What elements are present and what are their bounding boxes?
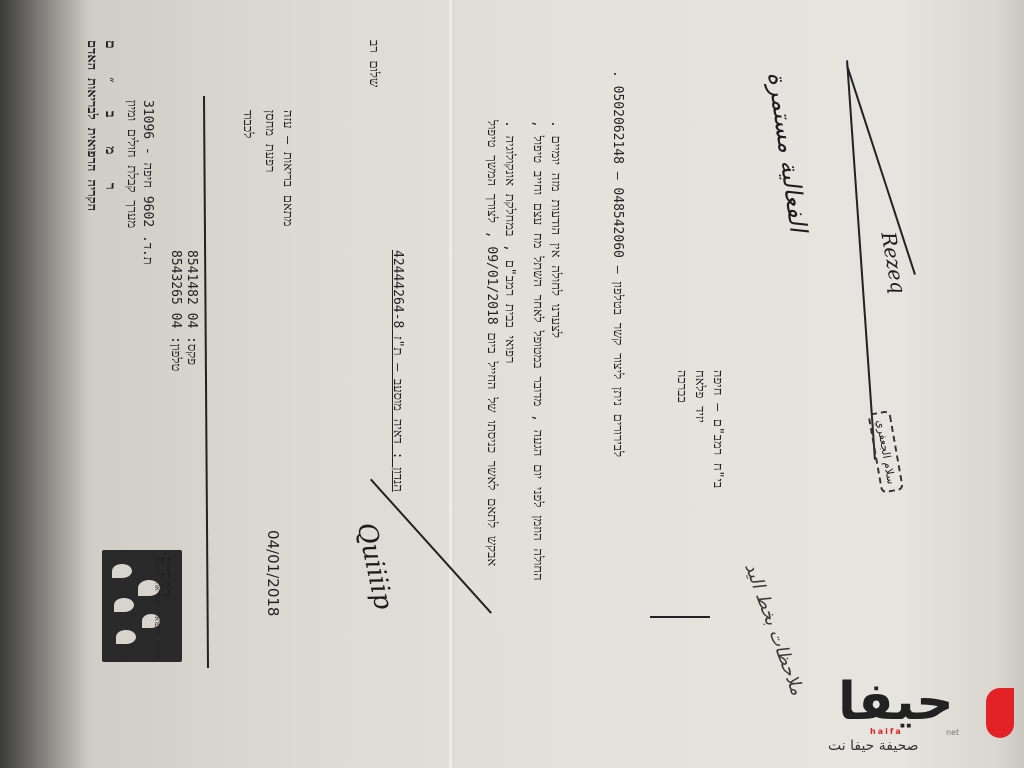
closing-blessing: בברכה: [674, 370, 690, 403]
watermark-logo: حيفا: [838, 672, 954, 732]
body-paragraph2-line2: לצערנו לחולה אין הודעות מזה יומיים .: [548, 120, 564, 338]
handwritten-initials: Rezeq: [876, 230, 910, 295]
handwritten-note-bottom: ملاحظات بخط اليد: [740, 560, 807, 698]
phone-label: טלפון:: [168, 336, 183, 371]
header-divider: [203, 96, 209, 668]
body-paragraph1-line1: אבקש לתאם לאשר כניסתו של החייל ביום 09/0…: [484, 120, 500, 566]
closing-signer: יזיד פלאח: [692, 370, 708, 423]
org-name: הקריה הרפואית לבריאות האדם: [84, 40, 100, 211]
watermark-domain: net: [946, 728, 959, 737]
watermark-tagline: صحيفة حيفا نت: [828, 738, 919, 754]
letter-date: 04/01/2018: [264, 530, 282, 616]
phone-row: טלפון: 04 8543265: [168, 250, 184, 371]
watermark-accent: [986, 688, 1014, 738]
department: מערך קבלת חולים ומיון: [124, 100, 140, 228]
publisher-watermark: حيفا haifa net صحيفة حيفا نت: [818, 660, 1018, 764]
recipient-line2: מתאם בריאות – עזה: [280, 110, 296, 226]
subject-line: הנדון : דאיה מוסעב – ת"ז 42444264-8: [390, 250, 406, 492]
address: ת.ד. 9602 חיפה - 31096: [140, 100, 156, 265]
org-initials: ר מ ב ״ ם: [101, 40, 118, 200]
watermark-brand: haifa: [870, 727, 903, 736]
subject-label: הנדון :: [390, 452, 405, 492]
handwritten-note-top: الفعالية مستمرة: [762, 70, 812, 234]
closing-signer-org: בי"ח רמב"ם – חיפה: [710, 370, 726, 488]
logo-tagline: הקריה הרפואית לבריאות האדם: [153, 556, 162, 660]
body-paragraph2-line1: החולה הוזמן לפני יום הגעה , מדובר במטופל…: [530, 120, 546, 581]
fax-number: 04 8541482: [184, 250, 199, 328]
handwritten-stroke: [846, 60, 876, 459]
contact-line: לבירורים ניתן ליצור קשר בטלפון – 0485420…: [610, 70, 626, 457]
recipient-salutation: לכבוד: [240, 110, 256, 138]
subject-text: דאיה מוסעב – ת"ז 42444264-8: [390, 250, 405, 444]
fax-label: פקס:: [184, 336, 199, 365]
handwritten-signature: Quiiiip: [351, 520, 399, 612]
handwritten-arrow: [650, 616, 710, 618]
phone-number: 04 8543265: [168, 250, 183, 328]
paper-fold: [448, 0, 454, 768]
body-paragraph1-line2: רפואי בבית רמב"ם , במחלקת אונקולוגיה .: [502, 120, 518, 363]
greeting: שלום רב: [366, 40, 382, 87]
fax-row: פקס: 04 8541482: [184, 250, 200, 365]
recipient-line1: רפעת מחסן: [262, 110, 278, 172]
